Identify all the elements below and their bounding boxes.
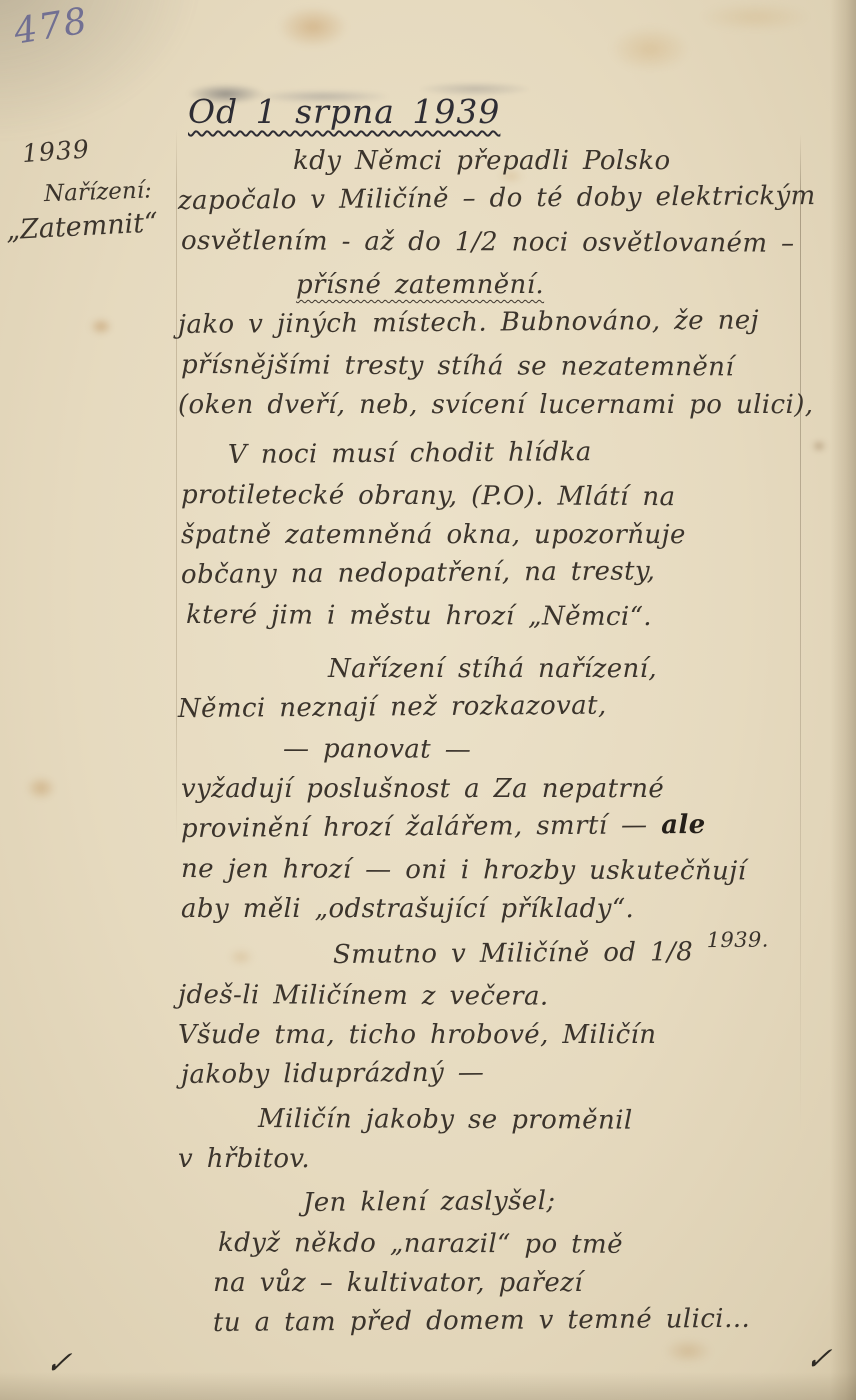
manuscript-line: provinění hrozí žalářem, smrtí — ale: [181, 809, 848, 854]
manuscript-line: započalo v Miličíně – do té doby elektri…: [178, 181, 848, 226]
line-text-underlined: přísné zatemnění.: [296, 270, 544, 300]
manuscript-line: špatně zatemněná okna, upozorňuje: [181, 520, 848, 560]
line-text-bold: ale: [661, 810, 706, 840]
margin-notes: 1939 Nařízení: „Zatemnit“: [0, 134, 168, 242]
manuscript-line: (oken dveří, neb, svícení lucernami po u…: [178, 390, 848, 430]
checkmark-left: ✓: [43, 1345, 73, 1382]
manuscript-line: v hřbitov.: [178, 1144, 848, 1184]
manuscript-line: na vůz – kultivator, pařezí: [213, 1268, 848, 1308]
bottom-edge-shadow: [0, 1372, 856, 1400]
manuscript-line: kdy Němci přepadli Polsko: [293, 146, 848, 186]
paper-stain: [90, 318, 112, 335]
manuscript-line: jdeš-li Miličínem z večera.: [178, 980, 848, 1023]
margin-note-year: 1939: [21, 129, 169, 168]
manuscript-line: když někdo „narazil“ po tmě: [218, 1228, 848, 1271]
manuscript-line: protiletecké obrany, (P.O). Mlátí na: [181, 480, 848, 523]
manuscript-line: které jim i městu hrozí „Němci“.: [186, 600, 848, 643]
manuscript-text: Od 1 srpna 1939 kdy Němci přepadli Polsk…: [178, 92, 848, 1348]
manuscript-line: Smutno v Miličíně od 1/8 1939.: [333, 936, 848, 980]
manuscript-line: vyžadují poslušnost a Za nepatrné: [181, 774, 848, 814]
paper-stain: [26, 776, 56, 800]
manuscript-line: občany na nedopatření, na tresty,: [181, 555, 848, 600]
manuscript-line: Nařízení stíhá nařízení,: [328, 654, 848, 694]
margin-note-value: „Zatemnit“: [5, 207, 168, 246]
manuscript-line: jako v jiných místech. Bubnováno, že nej: [178, 305, 848, 350]
line-text-superscript: 1939.: [707, 928, 769, 952]
manuscript-line: tu a tam před domem v temné ulici…: [213, 1303, 848, 1348]
manuscript-line: přísné zatemnění.: [296, 270, 848, 310]
paper-stain: [700, 2, 810, 32]
manuscript-line: — panovat —: [283, 734, 848, 776]
paper-stain: [610, 26, 690, 72]
manuscript-line: ne jen hrozí — oni i hrozby uskutečňují: [181, 854, 848, 897]
paper-stain: [278, 6, 348, 48]
line-text: Smutno v Miličíně od 1/8: [333, 937, 707, 970]
manuscript-line: Miličín jakoby se proměnil: [258, 1104, 848, 1147]
manuscript-line: Němci neznají než rozkazovat,: [178, 689, 848, 734]
manuscript-page: 478 1939 Nařízení: „Zatemnit“ Od 1 srpna…: [0, 0, 856, 1400]
manuscript-line: jakoby liduprázdný —: [181, 1055, 848, 1100]
manuscript-line: V noci musí chodit hlídka: [228, 435, 848, 480]
entry-heading: Od 1 srpna 1939: [188, 92, 500, 146]
manuscript-line: Všude tma, ticho hrobové, Miličín: [178, 1020, 848, 1060]
margin-note-label: Nařízení:: [44, 177, 169, 207]
margin-rule-left: [176, 128, 177, 840]
line-text: provinění hrozí žalářem, smrtí —: [181, 810, 661, 844]
manuscript-line: přísnějšími tresty stíhá se nezatemnění: [181, 350, 848, 393]
checkmark-right: ✓: [803, 1341, 833, 1378]
manuscript-line: Jen klení zaslyšel;: [303, 1184, 848, 1228]
manuscript-line: osvětlením - až do 1/2 noci osvětlovaném…: [181, 226, 848, 269]
